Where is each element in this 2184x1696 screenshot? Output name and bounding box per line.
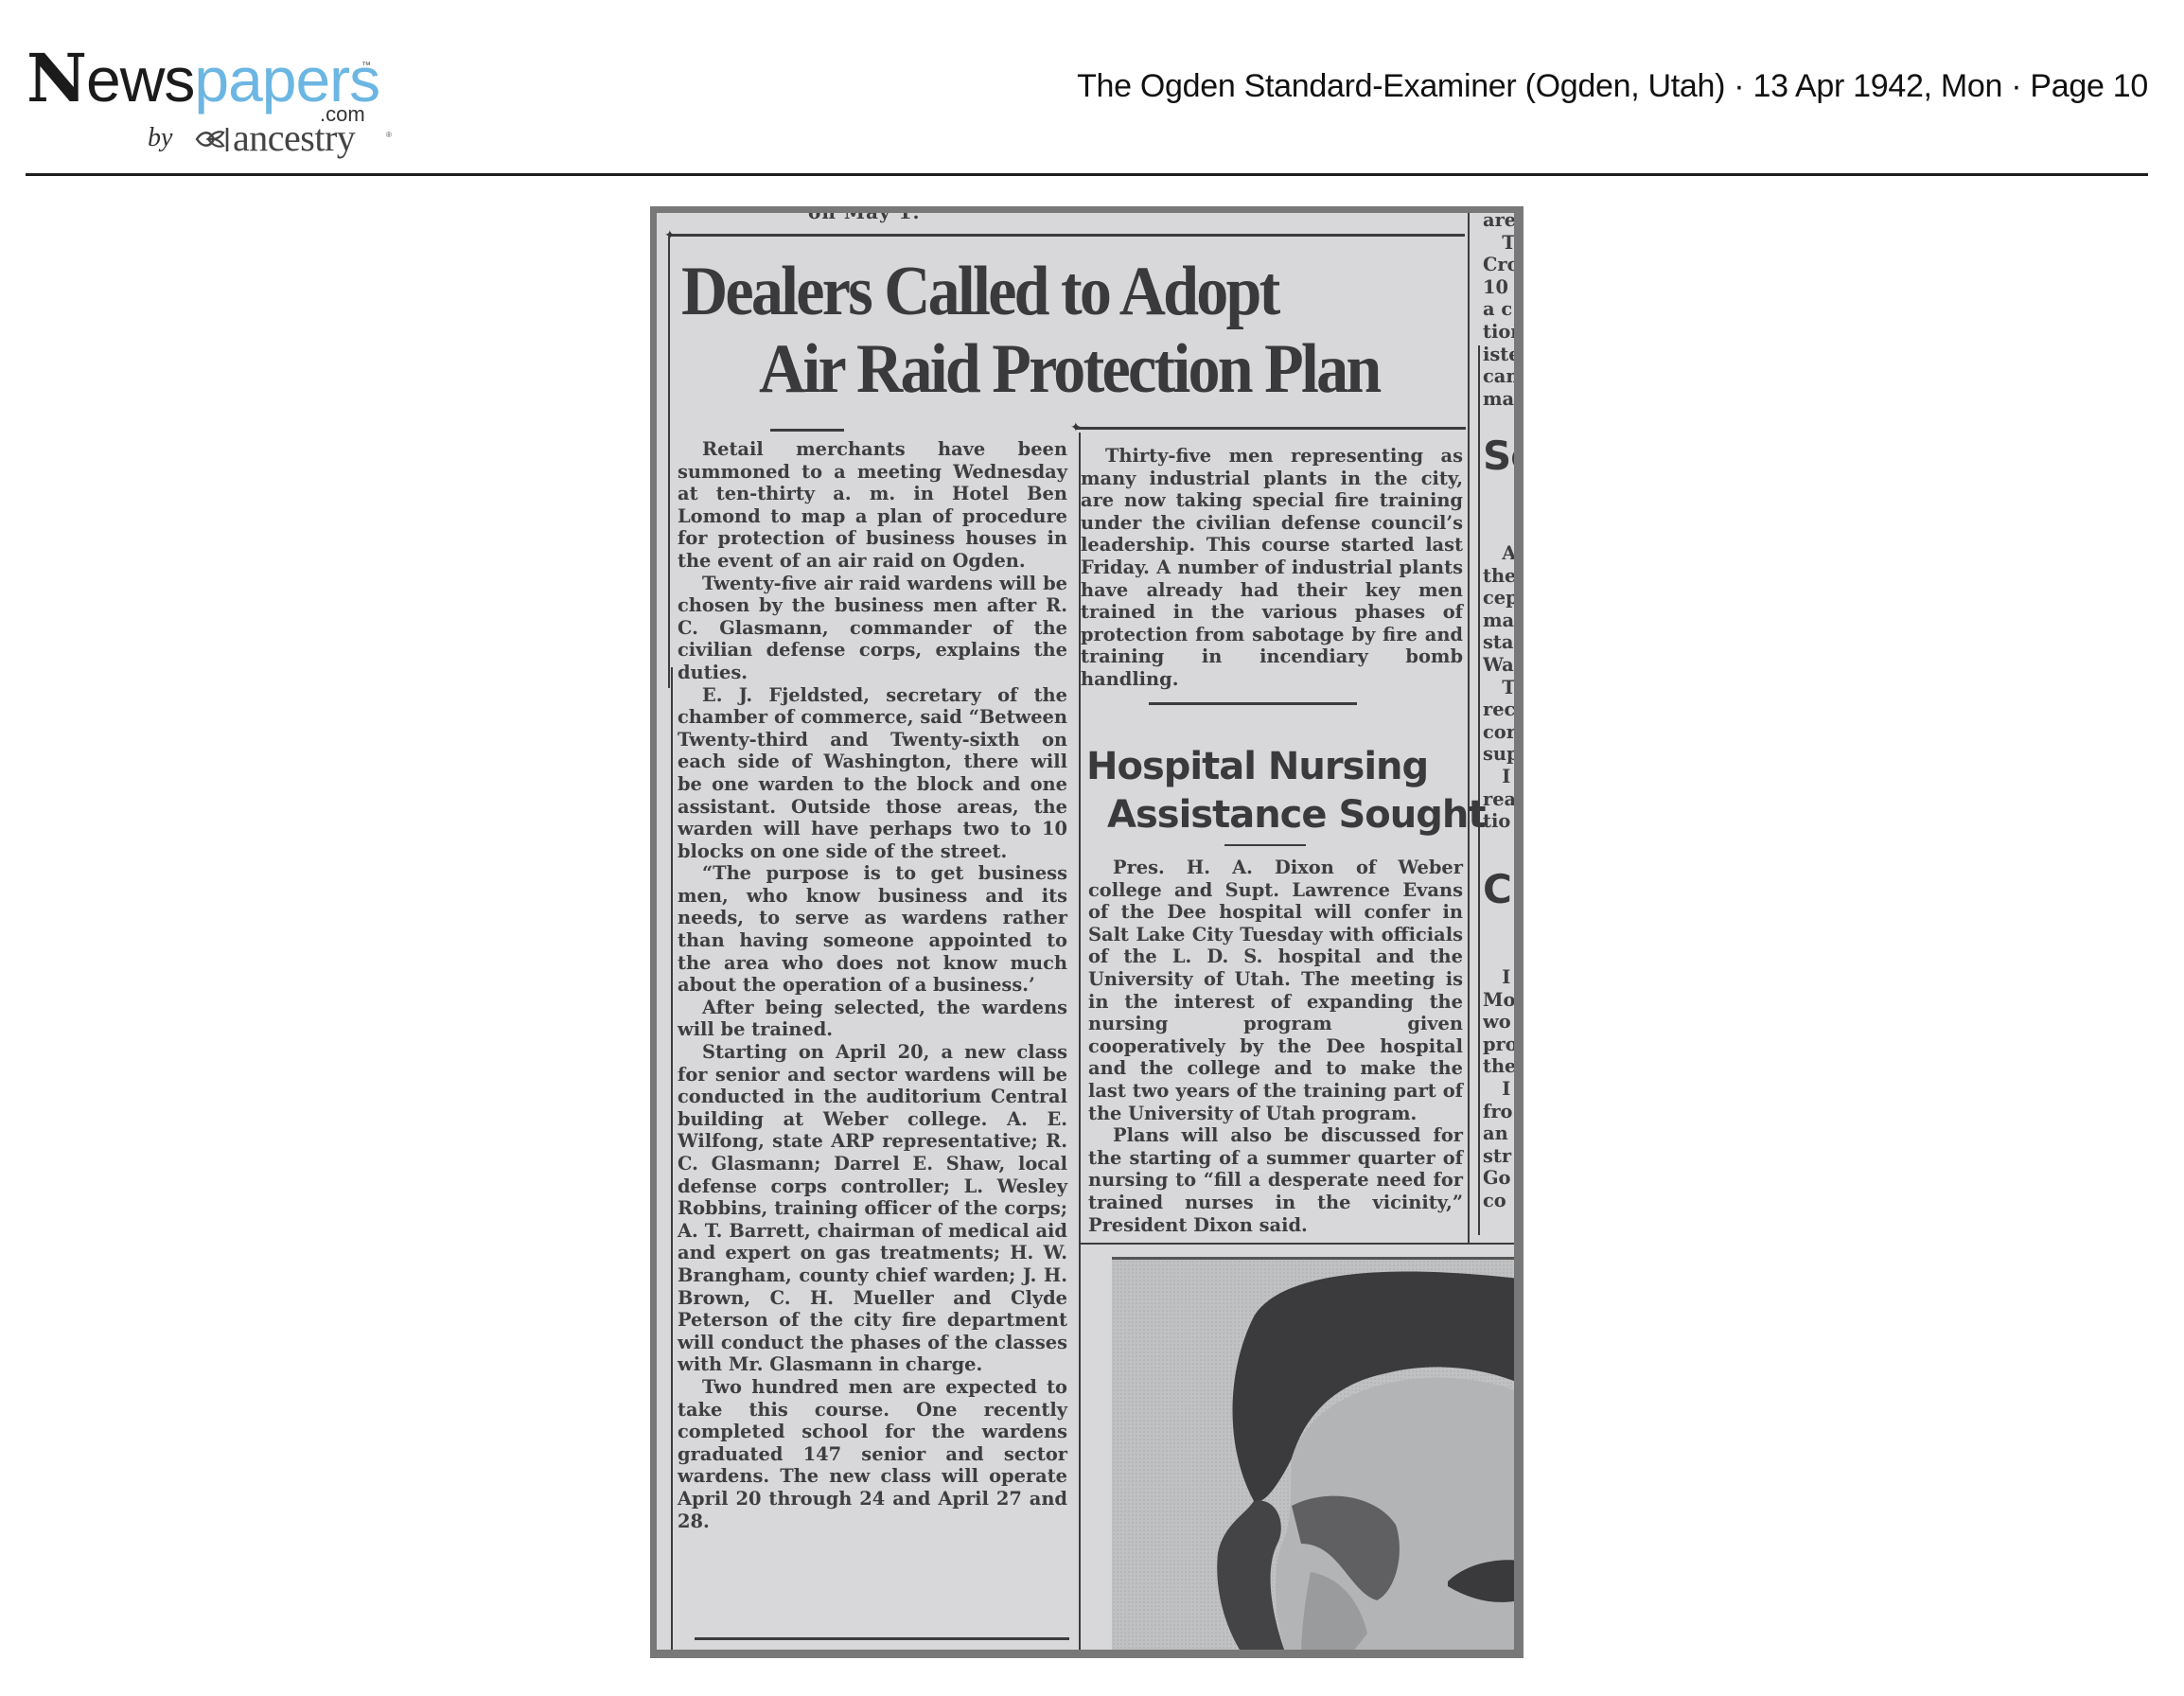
adjacent-column-fragment-lower: I Mo wo pro the I fro an str Go co	[1483, 966, 1514, 1212]
fragment-line: the	[1483, 1055, 1514, 1077]
top-rule	[668, 234, 1465, 237]
fragment-line: tion	[1483, 321, 1514, 343]
paragraph: E. J. Fjeldsted, secretary of the chambe…	[678, 684, 1067, 863]
fragment-line: co	[1483, 1190, 1506, 1211]
paragraph: Thirty-five men representing as many ind…	[1081, 445, 1463, 691]
fragment-line: 10	[1483, 276, 1514, 298]
adjacent-headline-fragment: C	[1483, 866, 1514, 913]
headline-line-2: Air Raid Protection Plan	[759, 330, 1379, 408]
logo-ews: ews	[86, 44, 194, 115]
paragraph: Starting on April 20, a new class for se…	[678, 1041, 1067, 1376]
header-divider	[26, 173, 2148, 176]
publication-name: The Ogden Standard-Examiner (Ogden, Utah…	[1077, 68, 1725, 104]
fragment-line: T	[1483, 232, 1514, 254]
fragment-line: sta	[1483, 631, 1513, 653]
separator: ·	[2002, 68, 2030, 104]
clipping-source: The Ogden Standard-Examiner (Ogden, Utah…	[1077, 68, 2148, 105]
headline-line-1: Dealers Called to Adopt	[681, 253, 1278, 330]
fragment-line: can	[1483, 365, 1514, 387]
paragraph: “The purpose is to get business men, who…	[678, 862, 1067, 997]
fragment-line: Wa	[1483, 654, 1514, 676]
clipping-paper: on May 1. ✦ Dealers Called to Adopt Air …	[657, 213, 1514, 1650]
main-article-column-2: Thirty-five men representing as many ind…	[1081, 445, 1463, 691]
fragment-line: T	[1483, 677, 1514, 698]
fragment-line: the	[1483, 565, 1514, 587]
fragment-line: wo	[1483, 1011, 1511, 1033]
rule-ornament: ✦	[1070, 420, 1082, 433]
logo-by: by	[148, 123, 172, 153]
newspaper-clipping[interactable]: on May 1. ✦ Dealers Called to Adopt Air …	[650, 206, 1524, 1658]
fragment-line: an	[1483, 1122, 1508, 1144]
fragment-line: fro	[1483, 1101, 1513, 1122]
second-headline-line-1: Hospital Nursing	[1086, 743, 1428, 790]
fragment-line: are	[1483, 213, 1514, 231]
fragment-line: cor	[1483, 721, 1514, 743]
trademark-mark: ™	[361, 61, 371, 71]
adjacent-column-border	[1478, 345, 1480, 1235]
adjacent-column-fragment-top: are T Cro 10 a c tion iste can ma	[1483, 213, 1514, 410]
column-top-rule	[1076, 427, 1466, 430]
paragraph: Twenty-five air raid wardens will be cho…	[678, 573, 1067, 684]
column-border-left-lower	[671, 667, 673, 1650]
newspapers-logo[interactable]: Newspapers ™ .com by ancestry ®	[26, 45, 377, 150]
fragment-line: A	[1483, 542, 1514, 564]
headline-dash	[770, 429, 844, 432]
adjacent-headline-fragment: Se	[1483, 433, 1514, 480]
fragment-line: I	[1483, 966, 1510, 988]
publication-date: 13 Apr 1942, Mon	[1752, 68, 2002, 104]
column-bottom-rule	[695, 1637, 1069, 1640]
fragment-line: Cro	[1483, 254, 1514, 275]
fragment-line: str	[1483, 1145, 1511, 1167]
fragment-line: iste	[1483, 344, 1514, 365]
main-article-column-1: Retail merchants have been summoned to a…	[678, 438, 1067, 1532]
headline-dash	[1224, 844, 1306, 846]
adjacent-column-fragment-mid: A the cep ma sta Wa T rec cor sup I rea …	[1483, 542, 1514, 833]
paragraph: Retail merchants have been summoned to a…	[678, 438, 1067, 573]
column-border-right	[1468, 213, 1470, 1245]
paragraph: Two hundred men are expected to take thi…	[678, 1376, 1067, 1532]
article-end-rule	[1149, 702, 1357, 705]
fragment-line: I	[1483, 1078, 1510, 1100]
fragment-line: Mo	[1483, 989, 1514, 1011]
fragment-line: rea	[1483, 788, 1514, 810]
logo-blackletter-n: N	[26, 39, 86, 117]
paragraph: After being selected, the wardens will b…	[678, 997, 1067, 1041]
photo-top-rule	[1081, 1243, 1514, 1245]
fragment-line: ma	[1483, 609, 1514, 631]
page-number: Page 10	[2030, 68, 2148, 104]
column-border-left	[668, 234, 670, 688]
separator: ·	[1725, 68, 1752, 104]
second-article-body: Pres. H. A. Dixon of Weber college and S…	[1088, 857, 1463, 1236]
fragment-line: pro	[1483, 1033, 1514, 1055]
portrait-photo	[1112, 1257, 1514, 1650]
ancestry-leaf-icon	[195, 125, 231, 153]
fragment-line: rec	[1483, 698, 1514, 720]
fragment-line: ma	[1483, 388, 1514, 410]
logo-ancestry: ancestry	[233, 115, 355, 160]
fragment-line: Go	[1483, 1167, 1511, 1189]
registered-mark: ®	[386, 131, 392, 139]
paragraph: Pres. H. A. Dixon of Weber college and S…	[1088, 857, 1463, 1124]
fragment-line: I	[1483, 766, 1510, 787]
fragment-line: a c	[1483, 298, 1512, 320]
fragment-line: cep	[1483, 587, 1514, 609]
top-fragment-text: on May 1.	[808, 213, 920, 224]
paragraph: Plans will also be discussed for the sta…	[1088, 1124, 1463, 1236]
second-headline-line-2: Assistance Sought	[1107, 791, 1485, 839]
fragment-line: tio	[1483, 810, 1510, 832]
portrait-halftone	[1112, 1260, 1514, 1650]
fragment-line: sup	[1483, 743, 1514, 765]
